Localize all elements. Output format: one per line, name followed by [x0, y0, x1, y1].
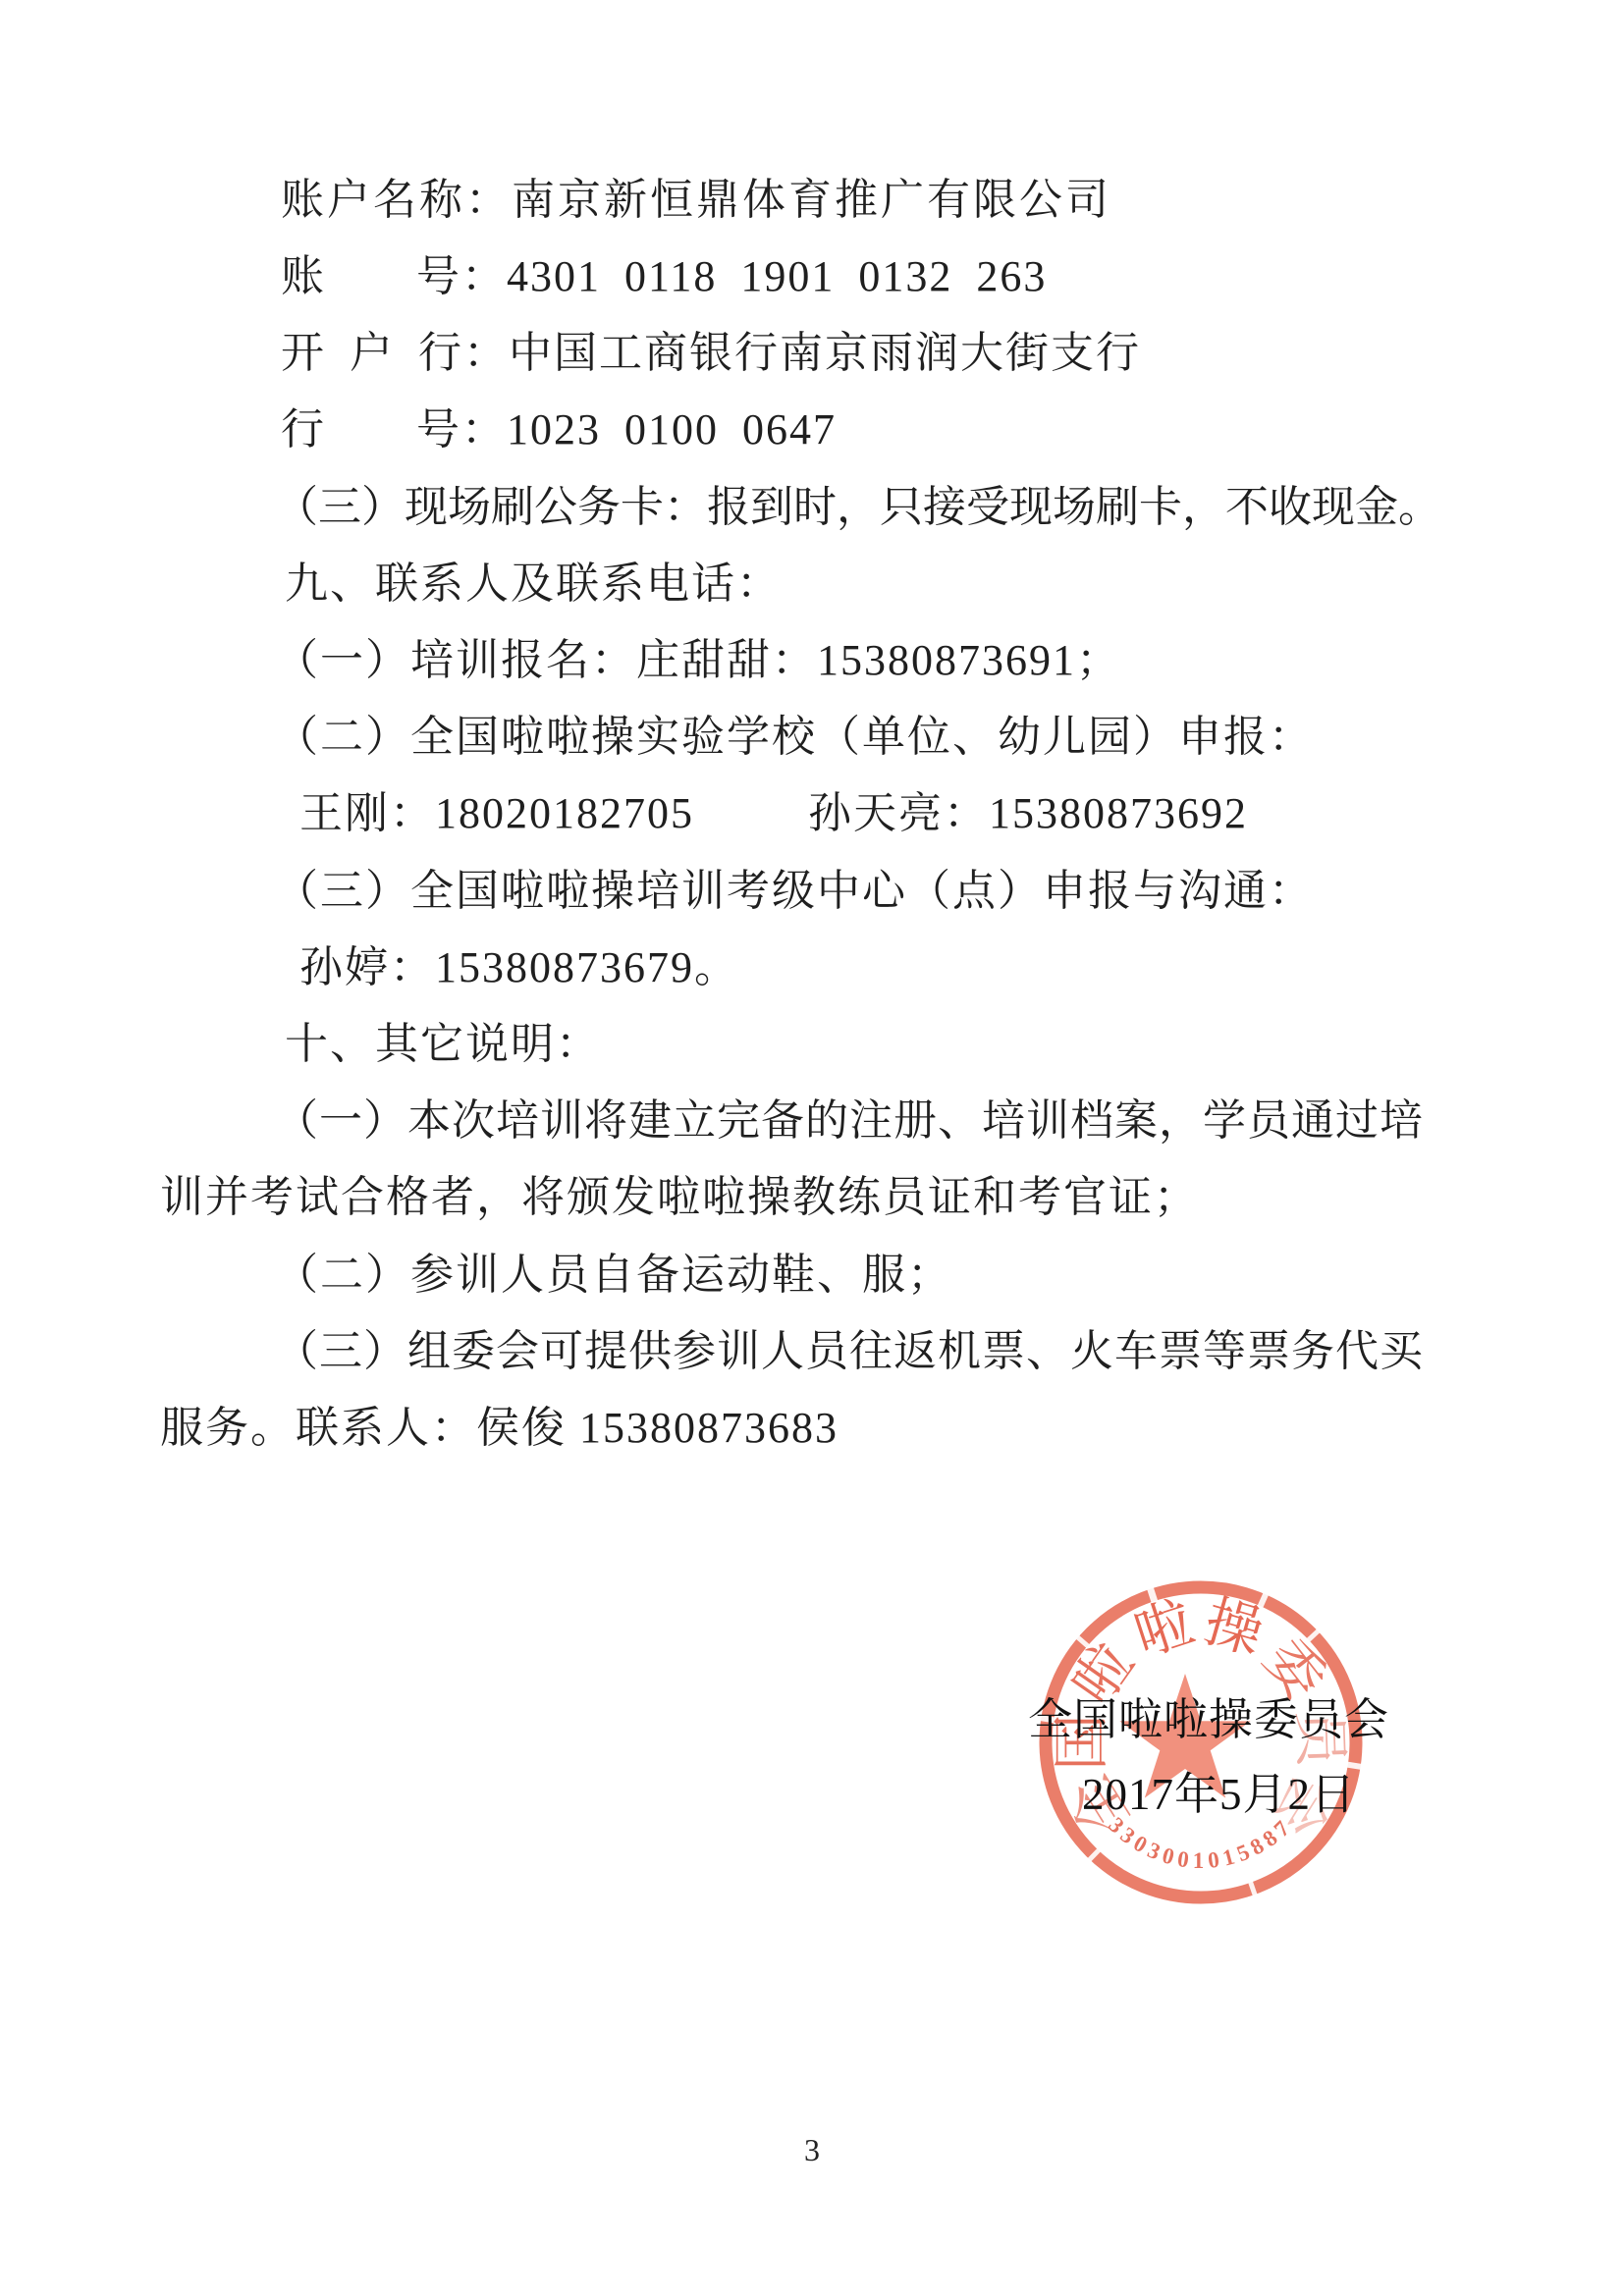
- document-line: （三）现场刷公务卡：报到时，只接受现场刷卡，不收现金。: [275, 483, 1441, 533]
- document-line: 账 号：4301 0118 1901 0132 263: [281, 252, 1047, 302]
- seal-serial: 3303001015887: [1104, 1812, 1298, 1873]
- signature-org: 全国啦啦操委员会: [1028, 1696, 1389, 1745]
- document-line: 九、联系人及联系电话：: [285, 560, 782, 610]
- document-line: 训并考试合格者，将颁发啦啦操教练员证和考官证；: [160, 1173, 1199, 1223]
- document-line: （三）组委会可提供参训人员往返机票、火车票等票务代买: [275, 1327, 1424, 1377]
- document-line: （二）全国啦啦操实验学校（单位、幼儿园）申报：: [275, 713, 1314, 763]
- document-line: （一）培训报名：庄甜甜：15380873691；: [275, 636, 1121, 686]
- document-line: （一）本次培训将建立完备的注册、培训档案，学员通过培: [275, 1096, 1424, 1147]
- document-line: 十、其它说明：: [285, 1020, 601, 1070]
- document-line: 账户名称：南京新恒鼎体育推广有限公司: [281, 176, 1111, 226]
- document-page: 账户名称：南京新恒鼎体育推广有限公司 账 号：4301 0118 1901 01…: [0, 0, 1624, 2296]
- document-line: 孙婷：15380873679。: [299, 943, 739, 993]
- signature-date: 2017年5月2日: [1082, 1771, 1356, 1820]
- document-line: （三）全国啦啦操培训考级中心（点）申报与沟通：: [275, 867, 1314, 917]
- document-line: 服务。联系人：侯俊 15380873683: [160, 1404, 839, 1454]
- document-line: 行 号：1023 0100 0647: [281, 405, 837, 455]
- page-number: 3: [0, 2132, 1624, 2168]
- document-line: （二）参训人员自备运动鞋、服；: [275, 1251, 952, 1301]
- document-line: 开 户 行：中国工商银行南京雨润大街支行: [281, 329, 1141, 379]
- document-line: 王刚：18020182705 孙天亮：15380873692: [299, 789, 1248, 839]
